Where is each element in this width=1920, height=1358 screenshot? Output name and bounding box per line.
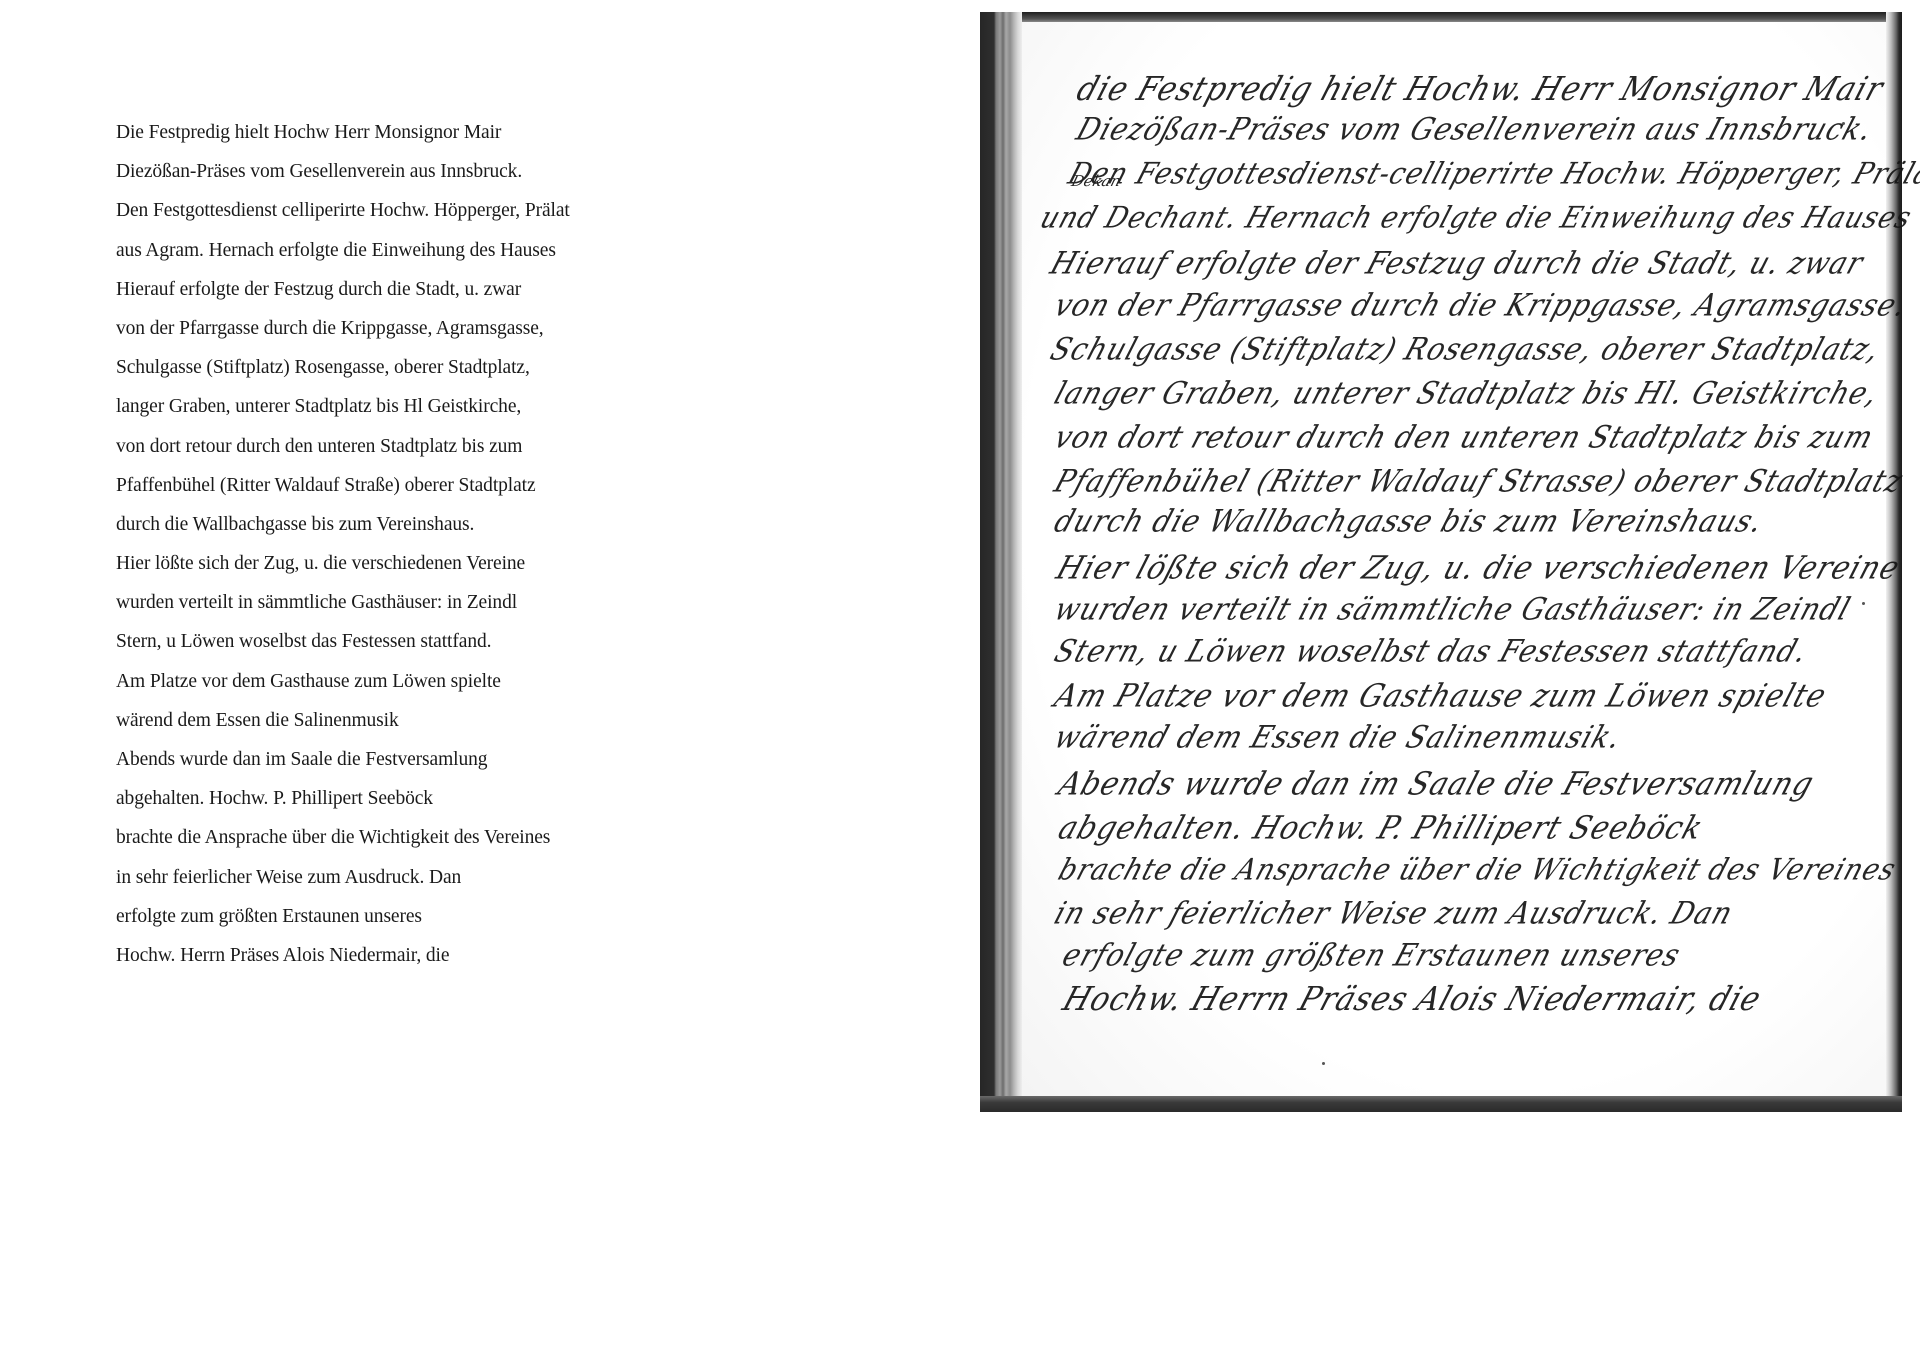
handwritten-line: die Festpredig hielt Hochw. Herr Monsign…: [1072, 71, 1888, 110]
transcription-line: erfolgte zum größten Erstaunen unseres: [116, 897, 676, 936]
handwritten-line: abgehalten. Hochw. P. Phillipert Seeböck: [1054, 809, 1708, 846]
transcription-line: langer Graben, unterer Stadtplatz bis Hl…: [116, 387, 676, 426]
handwritten-line: Diezößan-Präses vom Gesellenverein aus I…: [1072, 111, 1878, 147]
transcription-line: aus Agram. Hernach erfolgte die Einweihu…: [116, 231, 676, 270]
handwritten-line: von der Pfarrgasse durch die Krippgasse,…: [1050, 287, 1912, 323]
manuscript-scan: die Festpredig hielt Hochw. Herr Monsign…: [980, 12, 1902, 1112]
handwritten-text: die Festpredig hielt Hochw. Herr Monsign…: [1022, 22, 1886, 1096]
handwritten-line: Hochw. Herrn Präses Alois Niedermair, di…: [1058, 981, 1766, 1020]
transcription-line: Diezößan-Präses vom Gesellenverein aus I…: [116, 152, 676, 191]
handwritten-line: Stern, u Löwen woselbst das Festessen st…: [1050, 633, 1813, 669]
handwritten-line: Hier lößte sich der Zug, u. die verschie…: [1052, 549, 1905, 586]
transcription-line: in sehr feierlicher Weise zum Ausdruck. …: [116, 858, 676, 897]
handwritten-insertion: Dekan: [1070, 172, 1123, 190]
transcription-line: Den Festgottesdienst celliperirte Hochw.…: [116, 191, 676, 230]
handwritten-line: in sehr feierlicher Weise zum Ausdruck. …: [1050, 895, 1738, 931]
manuscript-page: die Festpredig hielt Hochw. Herr Monsign…: [1022, 22, 1886, 1096]
handwritten-line: Schulgasse (Stiftplatz) Rosengasse, ober…: [1046, 331, 1885, 367]
scan-top-edge: [980, 12, 1902, 22]
transcription-line: von dort retour durch den unteren Stadtp…: [116, 427, 676, 466]
transcription-line: Die Festpredig hielt Hochw Herr Monsigno…: [116, 113, 676, 152]
handwritten-line: durch die Wallbachgasse bis zum Vereinsh…: [1050, 503, 1768, 539]
transcription-line: Stern, u Löwen woselbst das Festessen st…: [116, 622, 676, 661]
handwritten-line: und Dechant. Hernach erfolgte die Einwei…: [1036, 201, 1916, 235]
handwritten-line: Hierauf erfolgte der Festzug durch die S…: [1046, 245, 1868, 281]
paper-speck: [1842, 122, 1845, 125]
book-binding-edge: [980, 12, 1022, 1112]
transcription-line: Schulgasse (Stiftplatz) Rosengasse, ober…: [116, 348, 676, 387]
handwritten-line: langer Graben, unterer Stadtplatz bis Hl…: [1050, 375, 1883, 411]
handwritten-line: wurden verteilt in sämmtliche Gasthäuser…: [1050, 591, 1856, 627]
handwritten-line: Pfaffenbühel (Ritter Waldauf Strasse) ob…: [1050, 463, 1908, 499]
handwritten-line: von dort retour durch den unteren Stadtp…: [1050, 419, 1879, 455]
transcription-line: abgehalten. Hochw. P. Phillipert Seeböck: [116, 779, 676, 818]
handwritten-line: Den Festgottesdienst-celliperirte Hochw.…: [1064, 157, 1920, 191]
scan-bottom-edge: [980, 1096, 1902, 1112]
handwritten-line: Am Platze vor dem Gasthause zum Löwen sp…: [1050, 677, 1832, 714]
handwritten-line: wärend dem Essen die Salinenmusik.: [1050, 719, 1626, 755]
transcription-line: Hier lößte sich der Zug, u. die verschie…: [116, 544, 676, 583]
handwritten-line: Abends wurde dan im Saale die Festversam…: [1054, 765, 1819, 802]
transcription-line: brachte die Ansprache über die Wichtigke…: [116, 818, 676, 857]
transcription-line: Abends wurde dan im Saale die Festversam…: [116, 740, 676, 779]
transcription-line: Hierauf erfolgte der Festzug durch die S…: [116, 270, 676, 309]
paper-speck: [1322, 1062, 1325, 1065]
transcription-line: Hochw. Herrn Präses Alois Niedermair, di…: [116, 936, 676, 975]
paper-speck: [1862, 602, 1865, 605]
transcription-line: durch die Wallbachgasse bis zum Vereinsh…: [116, 505, 676, 544]
transcription-line: Pfaffenbühel (Ritter Waldauf Straße) obe…: [116, 466, 676, 505]
transcription-line: von der Pfarrgasse durch die Krippgasse,…: [116, 309, 676, 348]
handwritten-line: brachte die Ansprache über die Wichtigke…: [1054, 853, 1901, 887]
transcription-line: Am Platze vor dem Gasthause zum Löwen sp…: [116, 662, 676, 701]
transcription-line: wurden verteilt in sämmtliche Gasthäuser…: [116, 583, 676, 622]
handwritten-line: erfolgte zum größten Erstaunen unseres: [1058, 937, 1685, 973]
typed-transcription: Die Festpredig hielt Hochw Herr Monsigno…: [116, 113, 676, 975]
transcription-line: wärend dem Essen die Salinenmusik: [116, 701, 676, 740]
